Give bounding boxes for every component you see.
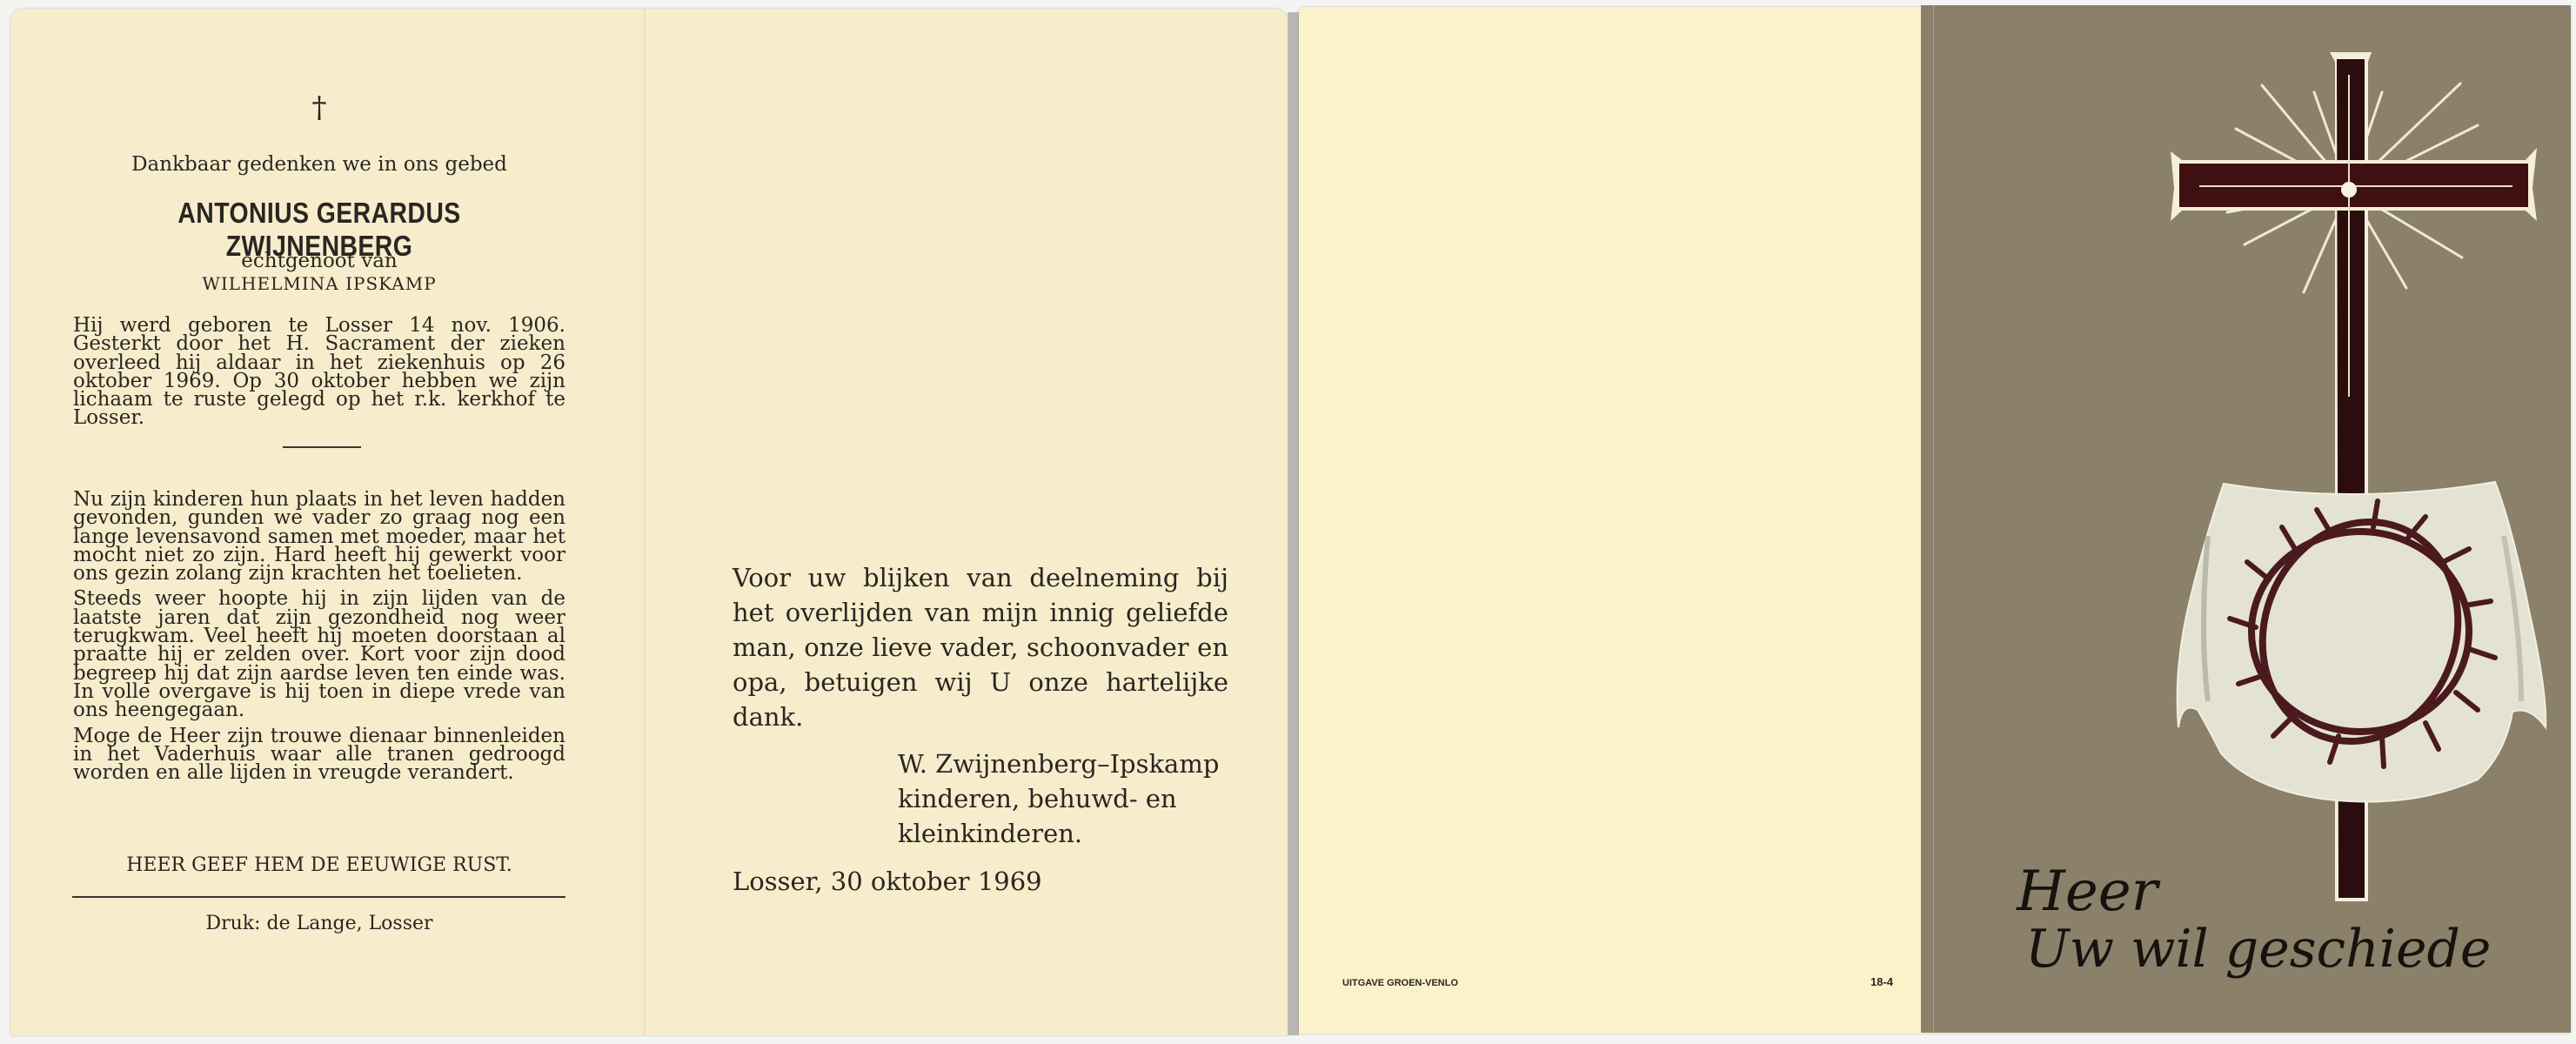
place-date: Losser, 30 oktober 1969 xyxy=(733,867,1042,896)
prayer-line: HEER GEEF HEM DE EEUWIGE RUST. xyxy=(73,854,565,876)
memorial-paragraph: Nu zijn kinderen hun plaats in het leven… xyxy=(73,491,565,583)
signature-line: kinderen, behuwd- en xyxy=(898,781,1219,816)
cover-title-line2: Uw wil geschiede xyxy=(2025,919,2491,980)
card-code: 18-4 xyxy=(1870,975,1893,988)
publisher-label: UITGAVE GROEN-VENLO xyxy=(1342,978,1458,988)
cover-title-line1: Heer xyxy=(2017,860,2158,924)
cover-panel: Heer Uw wil geschiede xyxy=(1921,5,2571,1033)
signature-line: kleinkinderen. xyxy=(898,816,1219,851)
relation-label: echtgenoot van xyxy=(73,250,565,272)
cloth-with-crown-of-thorns-icon xyxy=(2178,482,2546,802)
signature-block: W. Zwijnenberg–Ipskamp kinderen, behuwd-… xyxy=(898,746,1219,851)
scan-gap xyxy=(1288,12,1299,1035)
intro-line: Dankbaar gedenken we in ons gebed xyxy=(73,156,565,174)
bio-paragraph: Hij werd geboren te Losser 14 nov. 1906.… xyxy=(73,317,565,435)
short-divider xyxy=(283,446,361,448)
long-divider xyxy=(72,896,565,898)
dagger-cross-icon: † xyxy=(73,90,565,125)
printer-credit: Druk: de Lange, Losser xyxy=(73,913,565,934)
thanks-text: Voor uw blijken van deelneming bij het o… xyxy=(733,560,1228,734)
spouse-name: WILHELMINA IPSKAMP xyxy=(73,273,565,294)
memorial-text: Nu zijn kinderen hun plaats in het leven… xyxy=(73,491,565,789)
bio-text: Hij werd geboren te Losser 14 nov. 1906.… xyxy=(73,317,565,428)
fold-line xyxy=(644,9,646,1035)
memorial-paragraph: Moge de Heer zijn trouwe dienaar binnenl… xyxy=(73,727,565,783)
memorial-paragraph: Steeds weer hoopte hij in zijn lijden va… xyxy=(73,590,565,719)
signature-line: W. Zwijnenberg–Ipskamp xyxy=(898,746,1219,781)
